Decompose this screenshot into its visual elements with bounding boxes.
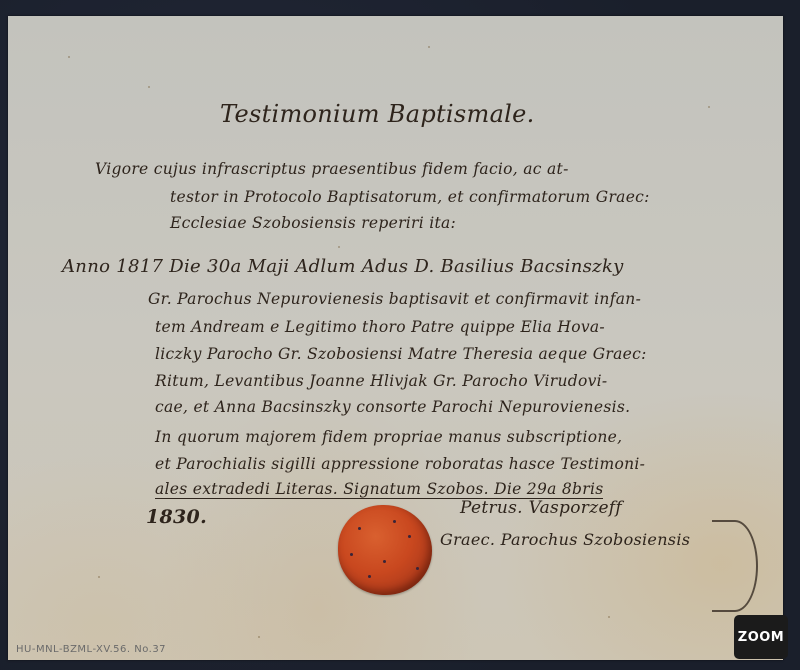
wax-seal-icon	[338, 505, 432, 595]
body-line-6: tem Andream e Legitimo thoro Patre quipp…	[155, 318, 605, 336]
body-line-11: et Parochialis sigilli appressione robor…	[155, 455, 645, 473]
zoom-label: ZOOM	[738, 630, 784, 645]
signature-flourish-icon	[712, 520, 758, 612]
body-line-4: Anno 1817 Die 30a Maji Adlum Adus D. Bas…	[62, 256, 624, 277]
body-line-10: In quorum majorem fidem propriae manus s…	[155, 428, 622, 446]
zoom-watermark-badge[interactable]: ZOOM	[734, 615, 788, 659]
body-line-3: Ecclesiae Szobosiensis reperiri ita:	[170, 214, 456, 232]
body-line-5: Gr. Parochus Nepurovienesis baptisavit e…	[148, 290, 641, 308]
signature-name: Petrus. Vasporzeff	[460, 498, 622, 518]
body-line-12: ales extradedi Literas. Signatum Szobos.…	[155, 480, 603, 499]
signature-role: Graec. Parochus Szobosiensis	[440, 530, 690, 549]
body-line-2: testor in Protocolo Baptisatorum, et con…	[170, 188, 650, 206]
body-line-9: cae, et Anna Bacsinszky consorte Parochi…	[155, 398, 630, 416]
body-line-8: Ritum, Levantibus Joanne Hlivjak Gr. Par…	[155, 372, 607, 390]
document-title: Testimonium Baptismale.	[220, 100, 535, 128]
body-line-1: Vigore cujus infrascriptus praesentibus …	[95, 160, 569, 178]
body-line-7: liczky Parocho Gr. Szobosiensi Matre The…	[155, 345, 647, 363]
archive-reference: HU-MNL-BZML-XV.56. No.37	[16, 644, 166, 655]
date-year: 1830.	[146, 506, 207, 528]
